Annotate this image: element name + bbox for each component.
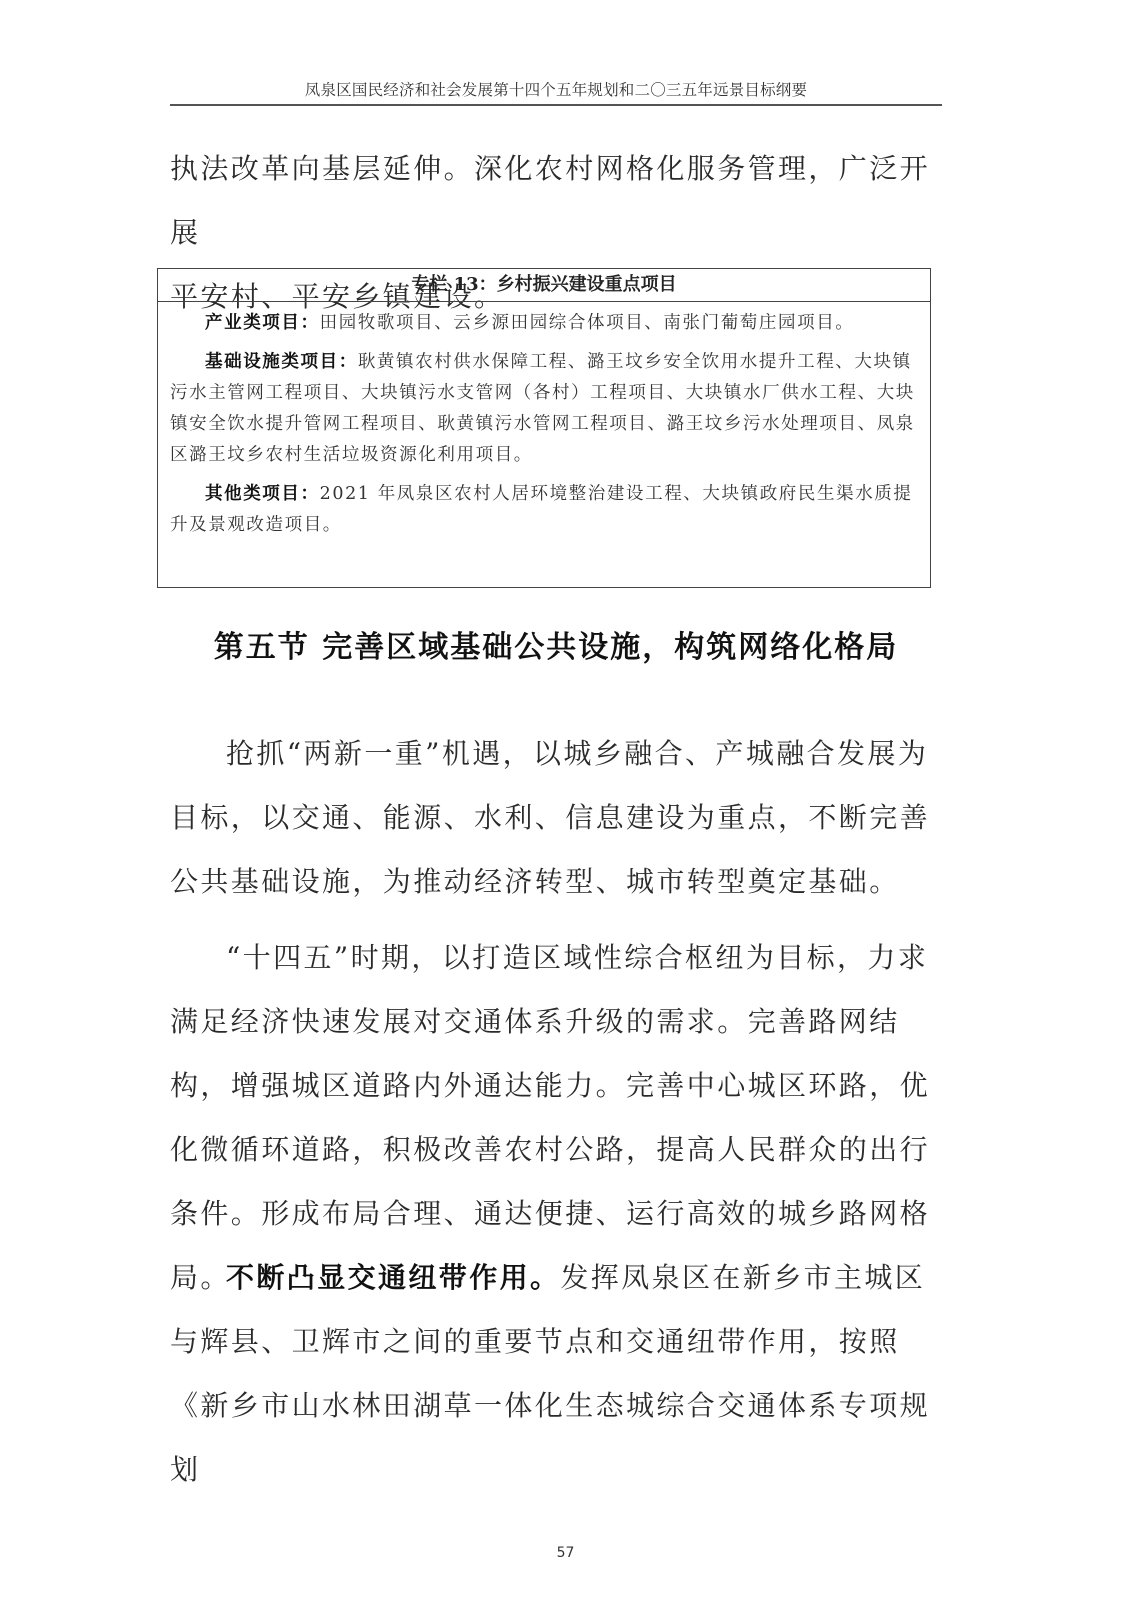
body-paragraph-1: 抢抓“两新一重”机遇，以城乡融合、产城融合发展为目标，以交通、能源、水利、信息建… bbox=[170, 722, 942, 914]
project-label: 其他类项目： bbox=[205, 484, 320, 504]
column-box-body: 产业类项目：田园牧歌项目、云乡源田园综合体项目、南张门葡萄庄园项目。 基础设施类… bbox=[158, 302, 930, 541]
column-box: 专栏 13：乡村振兴建设重点项目 产业类项目：田园牧歌项目、云乡源田园综合体项目… bbox=[157, 268, 931, 588]
project-item-industry: 产业类项目：田园牧歌项目、云乡源田园综合体项目、南张门葡萄庄园项目。 bbox=[170, 308, 918, 339]
header-rule bbox=[170, 104, 942, 106]
paragraph-text: 发挥凤泉区在新乡市主城区与辉县、卫辉市之间的重要节点和交通纽带作用，按照《新乡市… bbox=[170, 1261, 930, 1486]
paragraph-lead: 不断凸显交通纽带作用。 bbox=[226, 1261, 560, 1294]
project-item-other: 其他类项目：2021 年凤泉区农村人居环境整治建设工程、大块镇政府民生渠水质提升… bbox=[170, 479, 918, 541]
page-number: 57 bbox=[0, 1545, 1131, 1561]
project-item-infrastructure: 基础设施类项目：耿黄镇农村供水保障工程、潞王坟乡安全饮用水提升工程、大块镇污水主… bbox=[170, 347, 918, 471]
body-paragraph-3: 不断凸显交通纽带作用。发挥凤泉区在新乡市主城区与辉县、卫辉市之间的重要节点和交通… bbox=[170, 1246, 942, 1502]
project-text: 田园牧歌项目、云乡源田园综合体项目、南张门葡萄庄园项目。 bbox=[320, 313, 855, 333]
running-header: 凤泉区国民经济和社会发展第十四个五年规划和二〇三五年远景目标纲要 bbox=[170, 78, 942, 100]
project-label: 基础设施类项目： bbox=[205, 352, 358, 372]
project-label: 产业类项目： bbox=[205, 313, 320, 333]
section-heading: 第五节 完善区域基础公共设施，构筑网络化格局 bbox=[170, 622, 942, 666]
column-box-title: 专栏 13：乡村振兴建设重点项目 bbox=[158, 269, 930, 302]
intro-line-1: 执法改革向基层延伸。深化农村网格化服务管理，广泛开展 bbox=[170, 137, 942, 265]
